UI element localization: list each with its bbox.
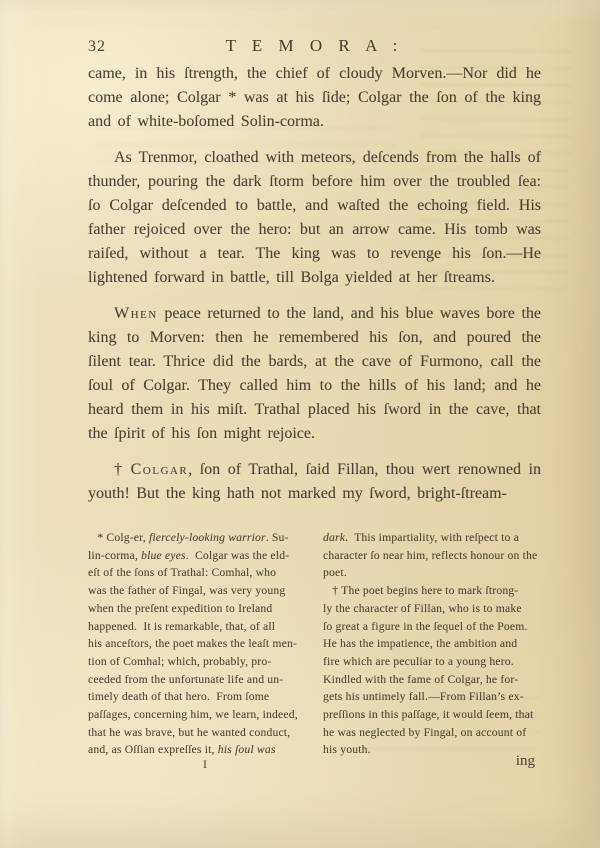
footnote-line: poet. — [323, 564, 545, 582]
footnote-line: preſſions in this paſſage, it would ſeem… — [323, 706, 545, 724]
footnote-line: character ſo near him, reflects honour o… — [323, 547, 545, 565]
footnote-line: dark. This impartiality, with reſpect to… — [323, 529, 545, 547]
body-text: came, in his ſtrength, the chief of clou… — [88, 62, 541, 518]
footnotes: * Colg-er, fiercely-looking warrior. Su-… — [88, 529, 546, 759]
catchword: ing — [88, 753, 535, 770]
footnote-line: was the father of Fingal, was very young — [88, 582, 310, 600]
footnote-line: tion of Comhal; which, probably, pro- — [88, 653, 310, 671]
scanned-book-page: 32 T E M O R A : came, in his ſtrength, … — [0, 0, 600, 848]
footnote-line: happened. It is remarkable, that, of all — [88, 618, 310, 636]
body-paragraph: As Trenmor, cloathed with meteors, deſce… — [88, 146, 541, 290]
body-paragraph: When peace returned to the land, and his… — [88, 302, 541, 446]
footnote-column-left: * Colg-er, fiercely-looking warrior. Su-… — [88, 529, 310, 759]
running-title: T E M O R A : — [88, 36, 541, 56]
footnote-line: gets his untimely fall.—From Fillan’s ex… — [323, 688, 545, 706]
footnote-line: he was neglected by Fingal, on account o… — [323, 724, 545, 742]
footnote-line: that he was brave, but he wanted conduct… — [88, 724, 310, 742]
footnote-line: * Colg-er, fiercely-looking warrior. Su- — [88, 529, 310, 547]
footnote-line: † The poet begins here to mark ſtrong- — [323, 582, 545, 600]
body-paragraph: came, in his ſtrength, the chief of clou… — [88, 62, 541, 134]
footnote-line: ly the character of Fillan, who is to ma… — [323, 600, 545, 618]
footnote-line: fire which are peculiar to a young hero. — [323, 653, 545, 671]
footnote-line: ceeded from the unfortunate life and un- — [88, 671, 310, 689]
footnote-line: lin-corma, blue eyes. Colgar was the eld… — [88, 547, 310, 565]
footnote-line: timely death of that hero. From ſome — [88, 688, 310, 706]
footnote-column-right: dark. This impartiality, with reſpect to… — [323, 529, 545, 759]
footnote-line: when the preſent expedition to Ireland — [88, 600, 310, 618]
footnote-line: paſſages, concerning him, we learn, inde… — [88, 706, 310, 724]
footnote-line: He has the impatience, the ambition and — [323, 635, 545, 653]
body-paragraph: † Colgar, ſon of Trathal, ſaid Fillan, t… — [88, 458, 541, 506]
footnote-line: ſo great a figure in the ſequel of the P… — [323, 618, 545, 636]
footnote-line: his anceſtors, the poet makes the leaſt … — [88, 635, 310, 653]
footnote-line: Kindled with the fame of Colgar, he for- — [323, 671, 545, 689]
footnote-line: eſt of the ſons of Trathal: Comhal, who — [88, 564, 310, 582]
